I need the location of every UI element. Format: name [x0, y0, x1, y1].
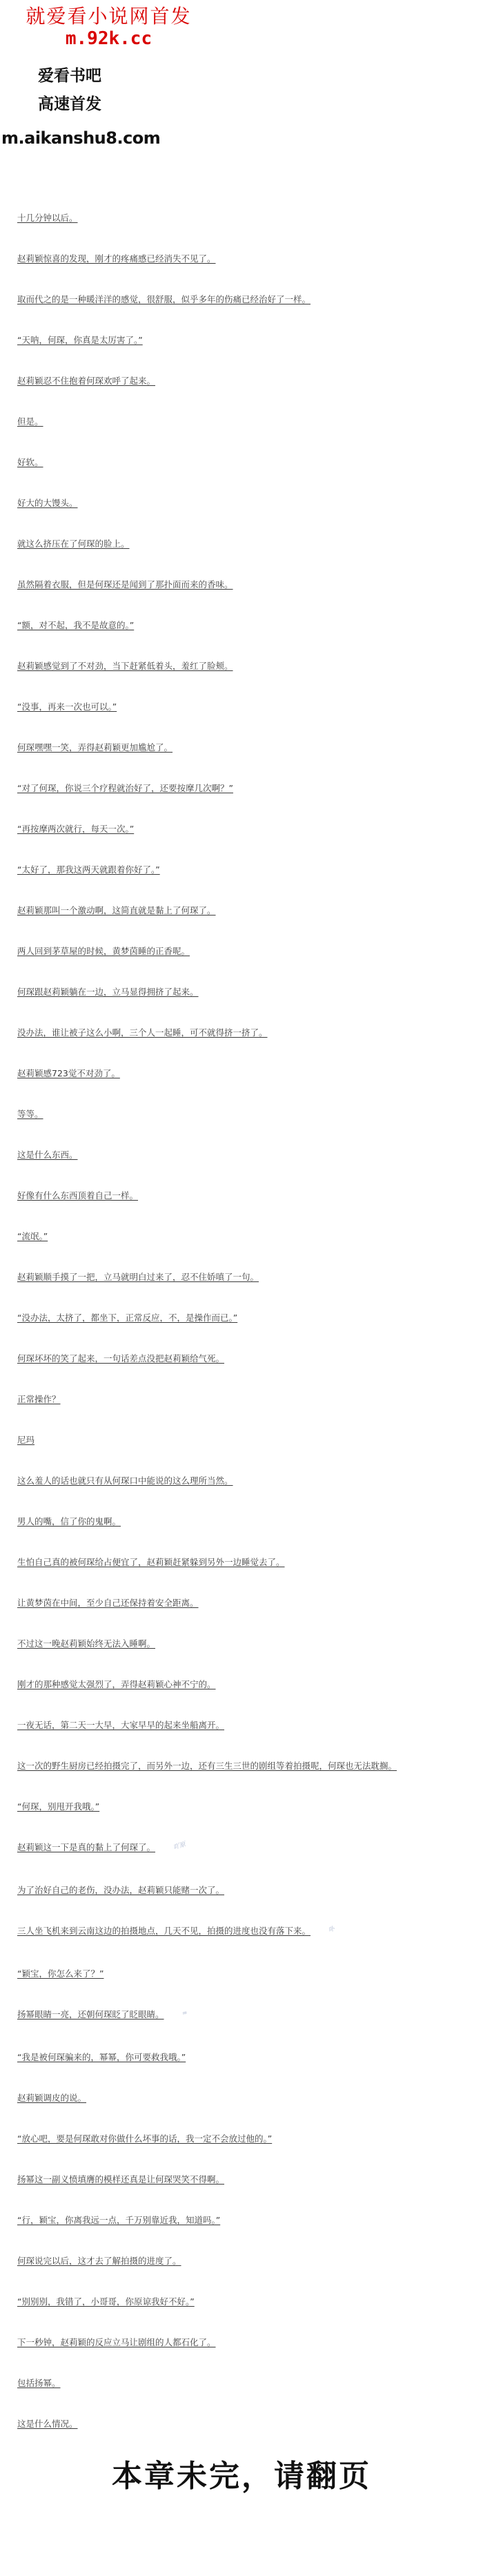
paragraph: 赵莉颖调皮的说。 — [0, 2092, 483, 2104]
paragraph-text: “额，对不起，我不是故意的。” — [17, 620, 134, 630]
paragraph-text: “别别别，我错了，小哥哥，你原谅我好不好。” — [17, 2296, 195, 2307]
paragraph-text: “天呐，何琛，你真是太厉害了。” — [17, 335, 143, 345]
paragraph: 好大的大馒头。 — [0, 497, 483, 509]
paragraph-text: “没事，再来一次也可以。” — [17, 701, 117, 712]
paragraph-text: 何琛说完以后，这才去了解拍摄的进度了。 — [17, 2256, 181, 2266]
promo-site-url: m.aikanshu8.com — [1, 128, 483, 148]
paragraph-text: 等等。 — [17, 1109, 43, 1119]
paragraph: “我是被何琛骗来的，幂幂，你可要救我哦。” — [0, 2051, 483, 2063]
paragraph-text: “流氓。” — [17, 1231, 48, 1241]
promo-tagline: 高速首发 — [38, 95, 483, 115]
paragraph: 扬幂这一副义愤填膺的模样还真是让何琛哭笑不得啊。 — [0, 2173, 483, 2185]
paragraph-text: 生怕自己真的被何琛给占便宜了，赵莉颖赶紧躲到另外一边睡觉去了。 — [17, 1557, 285, 1567]
paragraph-text: 这一次的野生厨房已经拍摄完了，而另外一边，还有三生三世的剧组等着拍摄呢，何琛也无… — [17, 1761, 397, 1771]
site-watermark-block: 就爱看小说网首发 m.92k.cc — [0, 6, 217, 49]
paragraph: 十几分钟以后。 — [0, 212, 483, 224]
paragraph: 尼玛 — [0, 1434, 483, 1446]
chapter-body: 十几分钟以后。赵莉颖惊喜的发现，刚才的疼痛感已经消失不见了。取而代之的是一种暖洋… — [0, 212, 483, 2430]
paragraph-text: 赵莉颖这一下是真的黏上了何琛了。 — [17, 1842, 155, 1852]
paragraph: 等等。 — [0, 1108, 483, 1120]
paragraph: 好软。 — [0, 456, 483, 468]
paragraph: 不过这一晚赵莉颖始终无法入睡啊。 — [0, 1638, 483, 1649]
paragraph: 这一次的野生厨房已经拍摄完了，而另外一边，还有三生三世的剧组等着拍摄呢，何琛也无… — [0, 1760, 483, 1772]
paragraph-text: 没办法，谁让被子这么小啊，三个人一起睡，可不就得挤一挤了。 — [17, 1027, 268, 1038]
paragraph-text: 尼玛 — [17, 1435, 34, 1445]
paragraph-text: 赵莉颖忍不住抱着何琛欢呼了起来。 — [17, 376, 155, 386]
paragraph-text: 赵莉颖那叫一个激动啊，这简直就是黏上了何琛了。 — [17, 905, 216, 916]
paragraph-text: 为了治好自己的老伤，没办法，赵莉颖只能赌一次了。 — [17, 1885, 224, 1895]
paragraph: 三人坐飞机来到云南这边的拍摄地点，几天不见，拍摄的进度也没有落下来。卟 — [0, 1925, 483, 1939]
paragraph: 为了治好自己的老伤，没办法，赵莉颖只能赌一次了。 — [0, 1884, 483, 1896]
paragraph-text: 两人回到茅草屋的时候，黄梦茵睡的正香呢。 — [17, 946, 190, 956]
paragraph-text: 就这么挤压在了何琛的脸上。 — [17, 539, 130, 549]
paragraph-text: 男人的嘴，信了你的鬼啊。 — [17, 1516, 121, 1527]
paragraph: 下一秒钟，赵莉颖的反应立马让剧组的人都石化了。 — [0, 2336, 483, 2348]
paragraph: 一夜无话，第二天一大早，大家早早的起来坐船离开。 — [0, 1719, 483, 1731]
paragraph-text: 赵莉颖顺手摸了一把，立马就明白过来了，忍不住娇嗔了一句。 — [17, 1272, 259, 1282]
paragraph-text: “再按摩两次就行，每天一次。” — [17, 824, 134, 834]
anti-theft-watermark: 吖原 — [155, 1839, 187, 1859]
paragraph-text: 赵莉颖感觉到了不对劲，当下赶紧低着头，羞红了脸颊。 — [17, 661, 233, 671]
paragraph-text: 这是什么东西。 — [17, 1150, 78, 1160]
paragraph: “颖宝，你怎么来了？” — [0, 1968, 483, 1979]
paragraph: “放心吧，要是何琛敢对你做什么坏事的话，我一定不会放过他的。” — [0, 2133, 483, 2144]
paragraph-text: 何琛坏坏的笑了起来，一句话差点没把赵莉颖给气死。 — [17, 1353, 224, 1364]
paragraph: 正常操作？ — [0, 1393, 483, 1405]
paragraph: 让黄梦茵在中间，至少自己还保持着安全距离。 — [0, 1597, 483, 1609]
paragraph: “天呐，何琛，你真是太厉害了。” — [0, 334, 483, 346]
paragraph: “对了何琛，你说三个疗程就治好了，还要按摩几次啊？” — [0, 782, 483, 794]
novel-reader-page: 就爱看小说网首发 m.92k.cc 爱看书吧 高速首发 m.aikanshu8.… — [0, 0, 483, 2576]
paragraph: 何琛说完以后，这才去了解拍摄的进度了。 — [0, 2255, 483, 2267]
paragraph-text: “何琛，别甩开我哦。” — [17, 1801, 99, 1812]
page-turn-notice: 本章未完，请翻页 — [0, 2459, 483, 2495]
paragraph-text: “太好了，那我这两天就跟着你好了。” — [17, 864, 160, 875]
paragraph-text: 虽然隔着衣服，但是何琛还是闻到了那扑面而来的香味。 — [17, 579, 233, 590]
paragraph: “行，颖宝，你离我远一点，千万别靠近我，知道吗。” — [0, 2214, 483, 2226]
paragraph: “额，对不起，我不是故意的。” — [0, 619, 483, 631]
paragraph-text: 扬幂这一副义愤填膺的模样还真是让何琛哭笑不得啊。 — [17, 2174, 224, 2185]
anti-theft-watermark: ≈ — [164, 2007, 189, 2025]
paragraph: 包括扬幂。 — [0, 2377, 483, 2389]
paragraph: “没办法，太挤了，都坐下，正常反应，不，是操作而已。” — [0, 1312, 483, 1324]
paragraph-text: 不过这一晚赵莉颖始终无法入睡啊。 — [17, 1638, 155, 1649]
paragraph: 赵莉颖顺手摸了一把，立马就明白过来了，忍不住娇嗔了一句。 — [0, 1271, 483, 1283]
paragraph-text: 这么羞人的话也就只有从何琛口中能说的这么理所当然。 — [17, 1475, 233, 1486]
paragraph: 男人的嘴，信了你的鬼啊。 — [0, 1515, 483, 1527]
paragraph: 就这么挤压在了何琛的脸上。 — [0, 538, 483, 550]
paragraph: “别别别，我错了，小哥哥，你原谅我好不好。” — [0, 2296, 483, 2307]
paragraph-text: 赵莉颖调皮的说。 — [17, 2093, 86, 2103]
paragraph-text: “行，颖宝，你离我远一点，千万别靠近我，知道吗。” — [17, 2215, 220, 2225]
paragraph: 取而代之的是一种暖洋洋的感觉，很舒服，似乎多年的伤痛已经治好了一样。 — [0, 293, 483, 305]
paragraph-text: 好大的大馒头。 — [17, 498, 78, 508]
paragraph: 扬幂眼睛一亮，还朝何琛眨了眨眼睛。≈ — [0, 2008, 483, 2022]
paragraph: “流氓。” — [0, 1230, 483, 1242]
paragraph: 好像有什么东西顶着自己一样。 — [0, 1190, 483, 1201]
paragraph-text: 赵莉颖感723觉不对劲了。 — [17, 1068, 120, 1078]
paragraph: 赵莉颖忍不住抱着何琛欢呼了起来。 — [0, 375, 483, 387]
paragraph: “没事，再来一次也可以。” — [0, 701, 483, 713]
paragraph: 何琛坏坏的笑了起来，一句话差点没把赵莉颖给气死。 — [0, 1353, 483, 1364]
paragraph-text: 三人坐飞机来到云南这边的拍摄地点，几天不见，拍摄的进度也没有落下来。 — [17, 1926, 310, 1936]
paragraph-text: 包括扬幂。 — [17, 2378, 61, 2388]
paragraph-text: 十几分钟以后。 — [17, 213, 78, 223]
paragraph: 生怕自己真的被何琛给占便宜了，赵莉颖赶紧躲到另外一边睡觉去了。 — [0, 1556, 483, 1568]
paragraph: 没办法，谁让被子这么小啊，三个人一起睡，可不就得挤一挤了。 — [0, 1027, 483, 1038]
site-watermark-url: m.92k.cc — [0, 29, 217, 49]
paragraph-text: 正常操作？ — [17, 1394, 61, 1404]
paragraph-text: “对了何琛，你说三个疗程就治好了，还要按摩几次啊？” — [17, 783, 233, 793]
paragraph: 刚才的那种感觉太强烈了，弄得赵莉颖心神不宁的。 — [0, 1678, 483, 1690]
paragraph-text: “放心吧，要是何琛敢对你做什么坏事的话，我一定不会放过他的。” — [17, 2133, 272, 2144]
paragraph: 何琛嘿嘿一笑，弄得赵莉颖更加尴尬了。 — [0, 742, 483, 753]
paragraph-text: 何琛嘿嘿一笑，弄得赵莉颖更加尴尬了。 — [17, 742, 172, 753]
paragraph: “何琛，别甩开我哦。” — [0, 1801, 483, 1812]
paragraph: 何琛跟赵莉颖躺在一边，立马显得拥挤了起来。 — [0, 986, 483, 998]
paragraph-text: 何琛跟赵莉颖躺在一边，立马显得拥挤了起来。 — [17, 987, 199, 997]
paragraph-text: 让黄梦茵在中间，至少自己还保持着安全距离。 — [17, 1598, 199, 1608]
paragraph: 这是什么情况。 — [0, 2418, 483, 2430]
anti-theft-watermark: 卟 — [310, 1924, 337, 1942]
paragraph: 这么羞人的话也就只有从何琛口中能说的这么理所当然。 — [0, 1475, 483, 1486]
paragraph: 赵莉颖那叫一个激动啊，这简直就是黏上了何琛了。 — [0, 904, 483, 916]
paragraph: 赵莉颖感觉到了不对劲，当下赶紧低着头，羞红了脸颊。 — [0, 660, 483, 672]
paragraph-text: 好像有什么东西顶着自己一样。 — [17, 1190, 138, 1201]
paragraph: 虽然隔着衣服，但是何琛还是闻到了那扑面而来的香味。 — [0, 579, 483, 590]
paragraph-text: “没办法，太挤了，都坐下，正常反应，不，是操作而已。” — [17, 1313, 237, 1323]
paragraph: “再按摩两次就行，每天一次。” — [0, 823, 483, 835]
paragraph: “太好了，那我这两天就跟着你好了。” — [0, 864, 483, 875]
paragraph-text: “我是被何琛骗来的，幂幂，你可要救我哦。” — [17, 2052, 186, 2062]
paragraph: 两人回到茅草屋的时候，黄梦茵睡的正香呢。 — [0, 945, 483, 957]
paragraph-text: 这是什么情况。 — [17, 2419, 78, 2429]
paragraph-text: 好软。 — [17, 457, 43, 467]
paragraph: 但是。 — [0, 416, 483, 427]
paragraph: 赵莉颖惊喜的发现，刚才的疼痛感已经消失不见了。 — [0, 253, 483, 264]
paragraph: 这是什么东西。 — [0, 1149, 483, 1161]
paragraph: 赵莉颖这一下是真的黏上了何琛了。吖原 — [0, 1841, 483, 1855]
promo-site-name: 爱看书吧 — [38, 67, 483, 86]
paragraph-text: 扬幂眼睛一亮，还朝何琛眨了眨眼睛。 — [17, 2009, 164, 2020]
paragraph-text: 下一秒钟，赵莉颖的反应立马让剧组的人都石化了。 — [17, 2337, 216, 2347]
site-watermark-title: 就爱看小说网首发 — [0, 6, 217, 28]
paragraph-text: 但是。 — [17, 416, 43, 427]
paragraph-text: 刚才的那种感觉太强烈了，弄得赵莉颖心神不宁的。 — [17, 1679, 216, 1689]
paragraph: 赵莉颖感723觉不对劲了。 — [0, 1067, 483, 1079]
paragraph-text: 赵莉颖惊喜的发现，刚才的疼痛感已经消失不见了。 — [17, 253, 216, 264]
paragraph-text: 一夜无话，第二天一大早，大家早早的起来坐船离开。 — [17, 1720, 224, 1730]
paragraph-text: 取而代之的是一种暖洋洋的感觉，很舒服，似乎多年的伤痛已经治好了一样。 — [17, 294, 310, 304]
paragraph-text: “颖宝，你怎么来了？” — [17, 1968, 103, 1979]
